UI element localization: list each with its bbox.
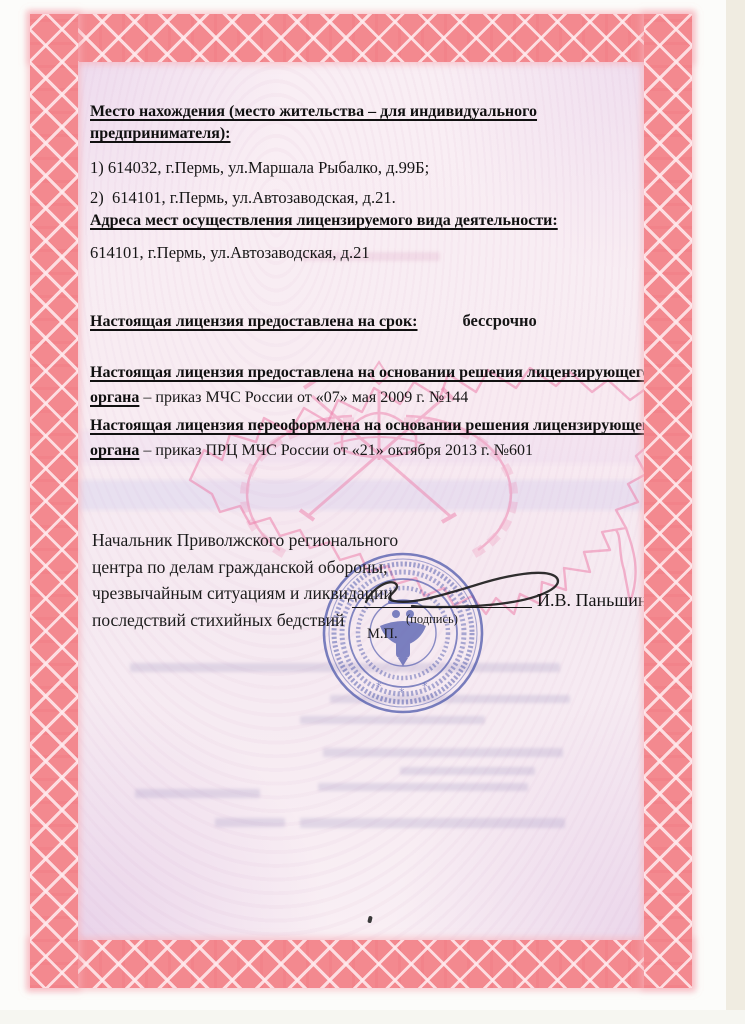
location-heading: Место нахождения (место жительства – для… (90, 101, 662, 145)
guilloche-border-bottom (30, 940, 692, 988)
location-address-1: 1) 614032, г.Пермь, ул.Маршала Рыбалко, … (90, 156, 662, 180)
official-title-line: чрезвычайным ситуациям и ликвидации (92, 580, 427, 607)
scan-edge-bottom (0, 1010, 745, 1024)
official-title: Начальник Приволжского регионального цен… (92, 527, 427, 633)
guilloche-border-top (30, 14, 692, 62)
svg-text:*: * (376, 680, 382, 693)
signature-caption: (подпись) (406, 612, 458, 627)
guilloche-border-right (644, 14, 692, 988)
section-location: Место нахождения (место жительства – для… (90, 101, 662, 210)
ghost-text-line (135, 789, 260, 798)
term-heading: Настоящая лицензия предоставлена на срок… (90, 313, 418, 330)
scan-edge-right (726, 0, 745, 1024)
ghost-text-line (400, 767, 535, 775)
activity-address: 614101, г.Пермь, ул.Автозаводская, д.21 (90, 241, 662, 265)
location-address-2: 2) 614101, г.Пермь, ул.Автозаводская, д.… (90, 186, 662, 210)
activity-heading: Адреса мест осуществления лицензируемого… (90, 210, 662, 232)
granted-order: – приказ МЧС России от «07» мая 2009 г. … (143, 389, 468, 406)
term-value: бессрочно (463, 311, 537, 330)
section-reissued: Настоящая лицензия переоформлена на осно… (90, 413, 665, 463)
section-term: Настоящая лицензия предоставлена на срок… (90, 311, 662, 333)
section-activity-addresses: Адреса мест осуществления лицензируемого… (90, 210, 662, 265)
official-title-line: центра по делам гражданской обороны, (92, 554, 427, 581)
ghost-text-line (300, 818, 565, 828)
seal-place-caption: М.П. (367, 626, 398, 643)
guilloche-border-left (30, 14, 78, 988)
ghost-text-line (318, 783, 528, 791)
scanned-license-page: Место нахождения (место жительства – для… (0, 0, 745, 1024)
section-granted: Настоящая лицензия предоставлена на осно… (90, 360, 665, 410)
svg-text:*: * (422, 680, 428, 693)
signer-name: И.В. Паньшин (537, 590, 647, 611)
reissued-order: – приказ ПРЦ МЧС России от «21» октября … (143, 442, 533, 459)
svg-text:*: * (399, 686, 405, 699)
official-title-line: Начальник Приволжского регионального (92, 527, 427, 554)
ghost-text-line (215, 818, 285, 827)
ghost-text-line (323, 748, 563, 757)
